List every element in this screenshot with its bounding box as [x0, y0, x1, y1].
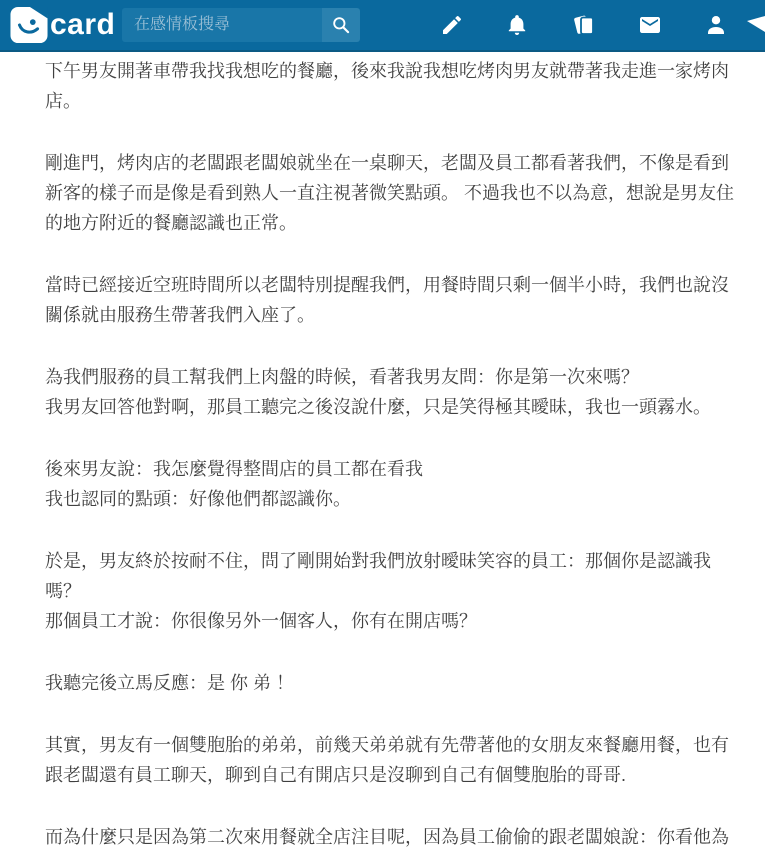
post-paragraph: 而為什麼只是因為第二次來用餐就全店注目呢，因為員工偷偷的跟老闆娘說：你看他為 [45, 822, 737, 852]
post-paragraph: 剛進門，烤肉店的老闆跟老闆娘就坐在一桌聊天，老闆及員工都看著我們，不像是看到新客… [45, 148, 737, 238]
search-input[interactable] [122, 8, 322, 42]
post-line: 為我們服務的員工幫我們上肉盤的時候，看著我男友問：你是第一次來嗎？ [45, 362, 737, 392]
post-paragraph: 當時已經接近空班時間所以老闆特別提醒我們，用餐時間只剩一個半小時，我們也說沒關係… [45, 270, 737, 330]
dcard-wordmark: card [50, 6, 115, 44]
post-paragraph: 於是，男友終於按耐不住，問了剛開始對我們放射曖昧笑容的員工：那個你是認識我嗎？ … [45, 546, 737, 636]
dcard-logo-icon [10, 6, 48, 44]
post-line: 我男友回答他對啊，那員工聽完之後沒說什麼，只是笑得極其曖昧，我也一頭霧水。 [45, 392, 737, 422]
post-line: 於是，男友終於按耐不住，問了剛開始對我們放射曖昧笑容的員工：那個你是認識我嗎？ [45, 546, 737, 606]
pencil-icon [440, 13, 464, 37]
profile-button[interactable] [703, 12, 729, 38]
post-line: 我也認同的點頭：好像他們都認識你。 [45, 484, 737, 514]
notifications-button[interactable] [504, 12, 530, 38]
post-line: 剛進門，烤肉店的老闆跟老闆娘就坐在一桌聊天，老闆及員工都看著我們，不像是看到新客… [45, 148, 737, 238]
clipped-edge-icon[interactable] [747, 14, 765, 36]
post-line: 下午男友開著車帶我找我想吃的餐廳，後來我說我想吃烤肉男友就帶著我走進一家烤肉店。 [45, 56, 737, 116]
cards-icon [572, 13, 596, 37]
post-line: 而為什麼只是因為第二次來用餐就全店注目呢，因為員工偷偷的跟老闆娘說：你看他為 [45, 822, 737, 852]
search-icon [331, 15, 351, 35]
post-line: 後來男友說：我怎麼覺得整間店的員工都在看我 [45, 454, 737, 484]
post-line: 我聽完後立馬反應：是 你 弟 ！ [45, 668, 737, 698]
bell-icon [505, 13, 529, 37]
post-line: 當時已經接近空班時間所以老闆特別提醒我們，用餐時間只剩一個半小時，我們也說沒關係… [45, 270, 737, 330]
dcard-logo[interactable]: card [10, 6, 115, 44]
post-paragraph: 其實，男友有一個雙胞胎的弟弟，前幾天弟弟就有先帶著他的女朋友來餐廳用餐，也有跟老… [45, 730, 737, 790]
messages-button[interactable] [637, 12, 663, 38]
post-content: 下午男友開著車帶我找我想吃的餐廳，後來我說我想吃烤肉男友就帶著我走進一家烤肉店。… [0, 52, 765, 852]
post-paragraph: 下午男友開著車帶我找我想吃的餐廳，後來我說我想吃烤肉男友就帶著我走進一家烤肉店。 [45, 56, 737, 116]
cards-button[interactable] [571, 12, 597, 38]
person-icon [704, 13, 728, 37]
post-line: 其實，男友有一個雙胞胎的弟弟，前幾天弟弟就有先帶著他的女朋友來餐廳用餐，也有跟老… [45, 730, 737, 790]
search-bar [122, 8, 360, 42]
app-header: card [0, 0, 765, 52]
post-line: 那個員工才說：你很像另外一個客人，你有在開店嗎？ [45, 606, 737, 636]
post-paragraph: 我聽完後立馬反應：是 你 弟 ！ [45, 668, 737, 698]
envelope-icon [638, 13, 662, 37]
compose-button[interactable] [439, 12, 465, 38]
search-button[interactable] [322, 8, 360, 42]
post-paragraph: 後來男友說：我怎麼覺得整間店的員工都在看我 我也認同的點頭：好像他們都認識你。 [45, 454, 737, 514]
post-paragraph: 為我們服務的員工幫我們上肉盤的時候，看著我男友問：你是第一次來嗎？ 我男友回答他… [45, 362, 737, 422]
